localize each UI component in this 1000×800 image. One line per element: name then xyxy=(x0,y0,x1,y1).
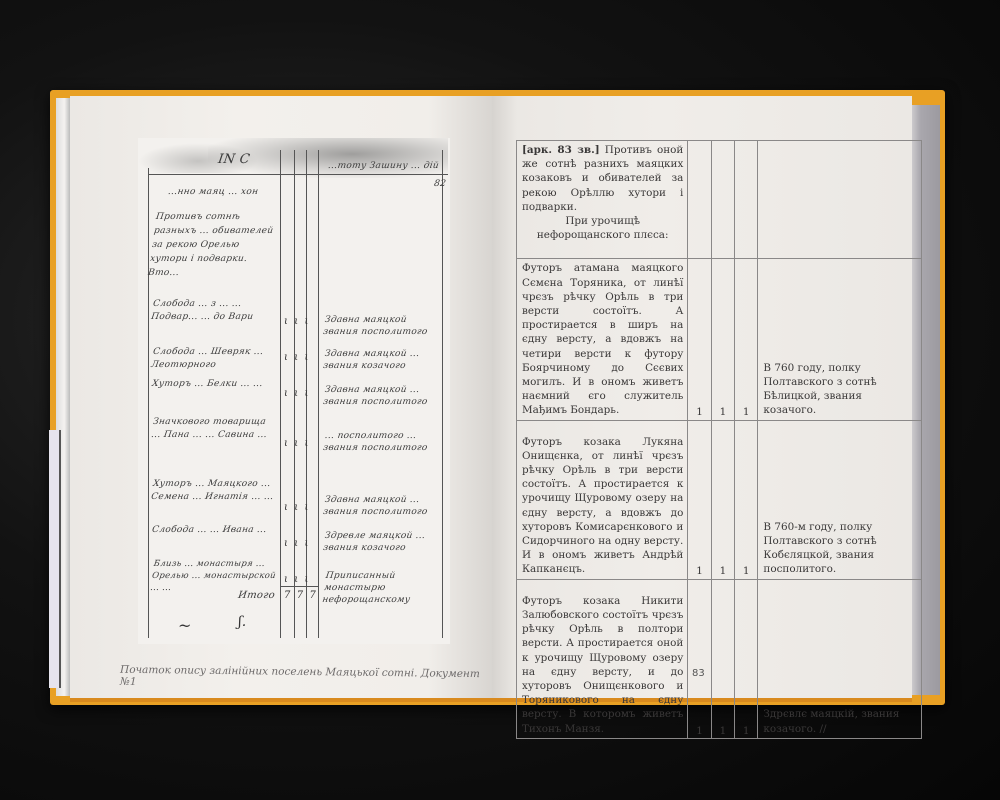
table-cell-count: 1 xyxy=(711,579,734,738)
table-cell-count xyxy=(711,141,734,259)
table-cell-description: Футоръ козака Лукяна Онищєнка, от линѣї … xyxy=(517,420,688,579)
table-cell-description: Футоръ козака Никити Залюбовского состої… xyxy=(517,579,688,738)
facsimile-entry: Слобода ... з ... ... Подвар... ... до В… xyxy=(150,298,279,324)
table-cell-count: 1 xyxy=(735,579,758,738)
facsimile-note: Здавна маяцкой звания посполитого xyxy=(322,314,437,338)
facsimile-rule xyxy=(280,150,281,638)
facsimile-header: ΙΝ С xyxy=(217,154,250,166)
facsimile-note: ... посполитого ... звания посполитого xyxy=(322,430,437,454)
facsimile-rule xyxy=(148,168,149,638)
table-cell-note xyxy=(758,141,922,259)
table-row: Футоръ козака Никити Залюбовского состої… xyxy=(517,579,922,738)
table-cell-count: 1 xyxy=(711,420,734,579)
facsimile-note: Здревле маяцкой ... звания козачого xyxy=(322,530,437,554)
page-edge-print xyxy=(49,430,61,688)
table-cell-note: Здрєвлє маяцкій, звания козачого. // xyxy=(758,579,922,738)
table-cell-count xyxy=(735,141,758,259)
facsimile-rule xyxy=(318,150,319,638)
facsimile-entry: Хуторъ ... Белки ... ... xyxy=(151,378,278,391)
facsimile-entry: ...нно маяц ... хон xyxy=(167,186,259,198)
folio-reference: [арк. 83 зв.] xyxy=(522,144,600,156)
facsimile-rule xyxy=(280,586,318,587)
facsimile-entry: Противъ сотнѣ разныхъ ... обивателей за … xyxy=(147,210,282,280)
left-page: ΙΝ С ...тоту Зашину ... дій 82 ...нно ма… xyxy=(70,96,492,698)
facsimile-entry: Значкового товарища ... Пана ... ... Сав… xyxy=(150,416,279,442)
facsimile-rule xyxy=(442,150,443,638)
table-cell-description: [арк. 83 зв.] Противъ оной же сотнѣ разн… xyxy=(517,141,688,259)
facsimile-note: Здавна маяцкой ... звания козачого xyxy=(322,348,437,372)
page-number: 83 xyxy=(692,668,705,679)
table-row: [арк. 83 зв.] Противъ оной же сотнѣ разн… xyxy=(517,141,922,259)
facsimile-total-label: Итого xyxy=(237,590,275,602)
facsimile-entry: Хуторъ ... Маяцкого ... Семена ... Игнат… xyxy=(150,478,279,504)
table-cell-description: Футоръ атамана маяцкого Сємєна Торяника,… xyxy=(517,259,688,420)
table-cell-count: 1 xyxy=(711,259,734,420)
transcription-table: [арк. 83 зв.] Противъ оной же сотнѣ разн… xyxy=(516,140,922,739)
facsimile-totals: 7 7 7 xyxy=(284,590,316,601)
right-page: [арк. 83 зв.] Противъ оной же сотнѣ разн… xyxy=(492,96,912,698)
facsimile-entry: Слобода ... Шевряк ... Леотюрного xyxy=(150,346,279,372)
facsimile-note: Приписанный монастырю нефорощанскому xyxy=(321,570,438,606)
signature: ʃ. xyxy=(238,614,246,630)
table-cell-count: 1 xyxy=(688,579,711,738)
table-row: Футоръ атамана маяцкого Сємєна Торяника,… xyxy=(517,259,922,420)
manuscript-facsimile: ΙΝ С ...тоту Зашину ... дій 82 ...нно ма… xyxy=(138,138,450,644)
facsimile-header: 82 xyxy=(433,178,447,190)
table-cell-count: 1 xyxy=(688,420,711,579)
subheading: При урочищѣ xyxy=(522,214,683,228)
running-footer: Початок опису залінійних поселень Маяцьк… xyxy=(120,664,492,693)
facsimile-note: Здавна маяцкой ... звания посполитого xyxy=(322,494,437,518)
table-cell-note: В 760-м году, полку Полтавского з сотнѣ … xyxy=(758,420,922,579)
facsimile-entry: Близь ... монастыря ... Орелью ... монас… xyxy=(149,558,279,594)
table-cell-count xyxy=(688,141,711,259)
table-cell-note: В 760 году, полку Полтавского з сотнѣ Бѣ… xyxy=(758,259,922,420)
table-row: Футоръ козака Лукяна Онищєнка, от линѣї … xyxy=(517,420,922,579)
table-cell-count: 1 xyxy=(735,259,758,420)
facsimile-entry: Слобода ... ... Ивана ... xyxy=(151,524,278,537)
signature: ~ xyxy=(178,616,191,635)
facsimile-rule xyxy=(148,174,448,175)
facsimile-header: ...тоту Зашину ... дій xyxy=(327,160,440,172)
subheading: нефорощанского плєса: xyxy=(522,228,683,242)
table-cell-count: 1 xyxy=(688,259,711,420)
facsimile-note: Здавна маяцкой ... звания посполитого xyxy=(322,384,437,408)
table-cell-count: 1 xyxy=(735,420,758,579)
